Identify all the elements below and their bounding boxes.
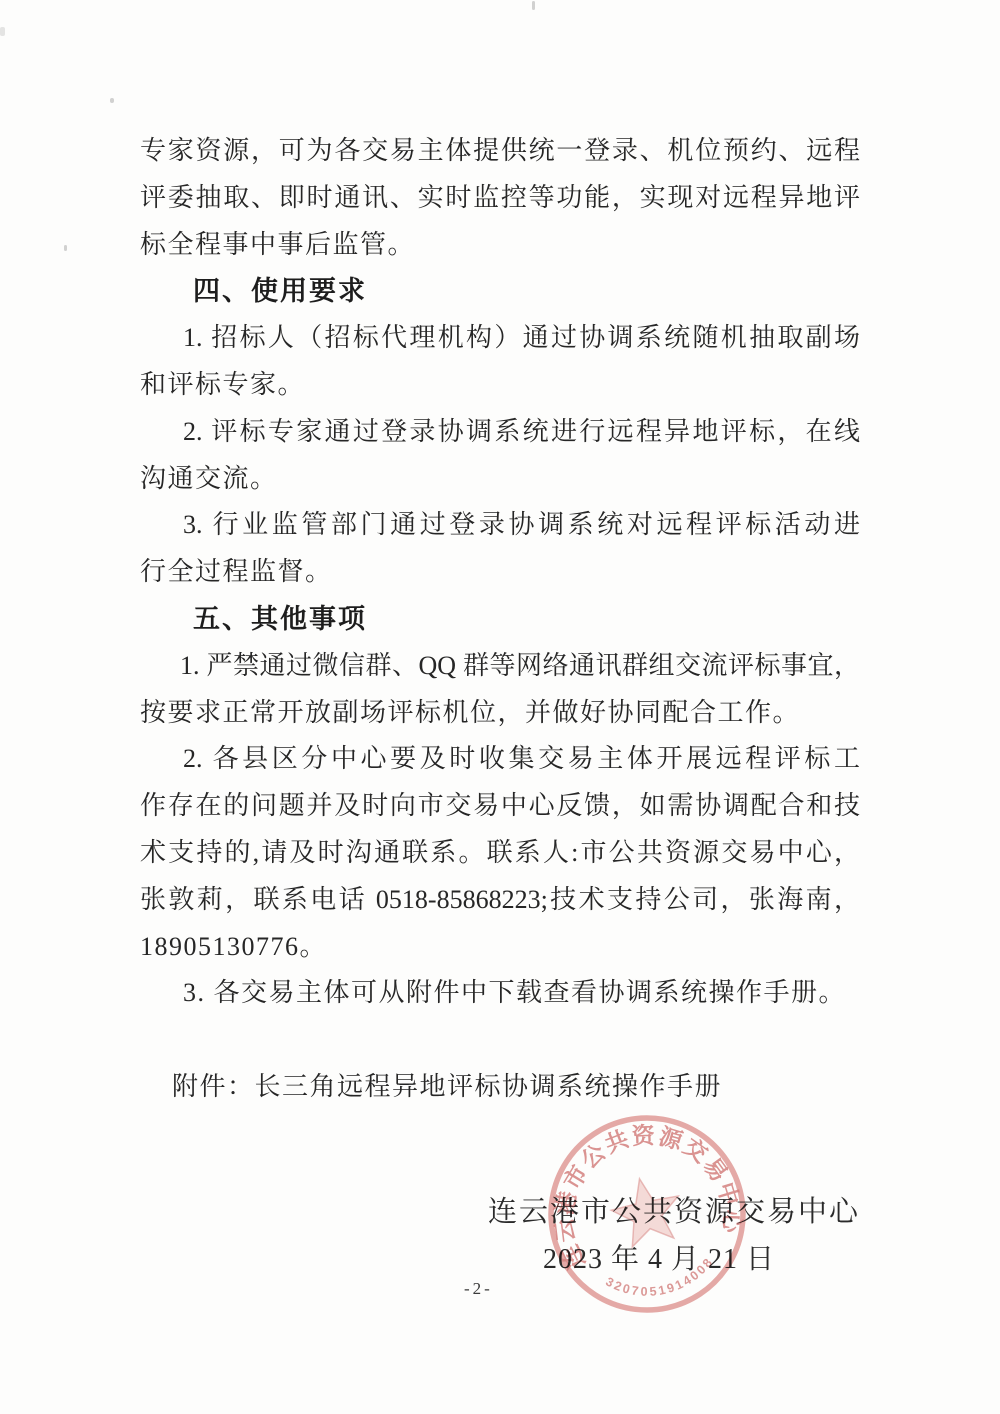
scan-noise-speck [0, 27, 5, 36]
scan-noise-speck [64, 245, 67, 251]
text-line: 术支持的,请及时沟通联系。联系人:市公共资源交易中心， [140, 830, 860, 877]
text-line: 18905130776。 [140, 924, 860, 971]
text-line: 和评标专家。 [140, 362, 860, 409]
text-line: 2. 评标专家通过登录协调系统进行远程异地评标，在线 [140, 409, 860, 456]
text-line: 评委抽取、即时通讯、实时监控等功能，实现对远程异地评 [140, 175, 860, 222]
text-line: 作存在的问题并及时向市交易中心反馈，如需协调配合和技 [140, 783, 860, 830]
section-heading: 四、使用要求 [140, 268, 860, 315]
text-line: 专家资源，可为各交易主体提供统一登录、机位预约、远程 [140, 128, 860, 175]
text-line: 张敦莉，联系电话 0518-85868223;技术支持公司，张海南， [140, 877, 860, 924]
text-line: 标全程事中事后监管。 [140, 222, 860, 269]
text-line: 3. 行业监管部门通过登录协调系统对远程评标活动进 [140, 502, 860, 549]
text-line: 1. 招标人（招标代理机构）通过协调系统随机抽取副场 [140, 315, 860, 362]
document-page: 专家资源，可为各交易主体提供统一登录、机位预约、远程评委抽取、即时通讯、实时监控… [0, 0, 1000, 1414]
text-line: 行全过程监督。 [140, 549, 860, 596]
text-line: 按要求正常开放副场评标机位，并做好协同配合工作。 [140, 690, 860, 737]
text-line: 1. 严禁通过微信群、QQ 群等网络通讯群组交流评标事宜， [140, 643, 860, 690]
text-line: 沟通交流。 [140, 456, 860, 503]
text-line [140, 1017, 860, 1064]
text-block: 专家资源，可为各交易主体提供统一登录、机位预约、远程评委抽取、即时通讯、实时监控… [140, 128, 860, 1111]
scan-noise-speck [532, 1, 535, 10]
text-line: 附件：长三角远程异地评标协调系统操作手册 [140, 1064, 860, 1111]
page-number: -2- [464, 1279, 493, 1299]
scan-noise-speck [110, 98, 114, 103]
text-line: 2. 各县区分中心要及时收集交易主体开展远程评标工 [140, 736, 860, 783]
signature-org: 连云港市公共资源交易中心 [488, 1189, 860, 1230]
signature-date: 2023 年 4 月 21 日 [543, 1237, 775, 1277]
text-line: 3. 各交易主体可从附件中下载查看协调系统操作手册。 [140, 970, 860, 1017]
section-heading: 五、其他事项 [140, 596, 860, 643]
